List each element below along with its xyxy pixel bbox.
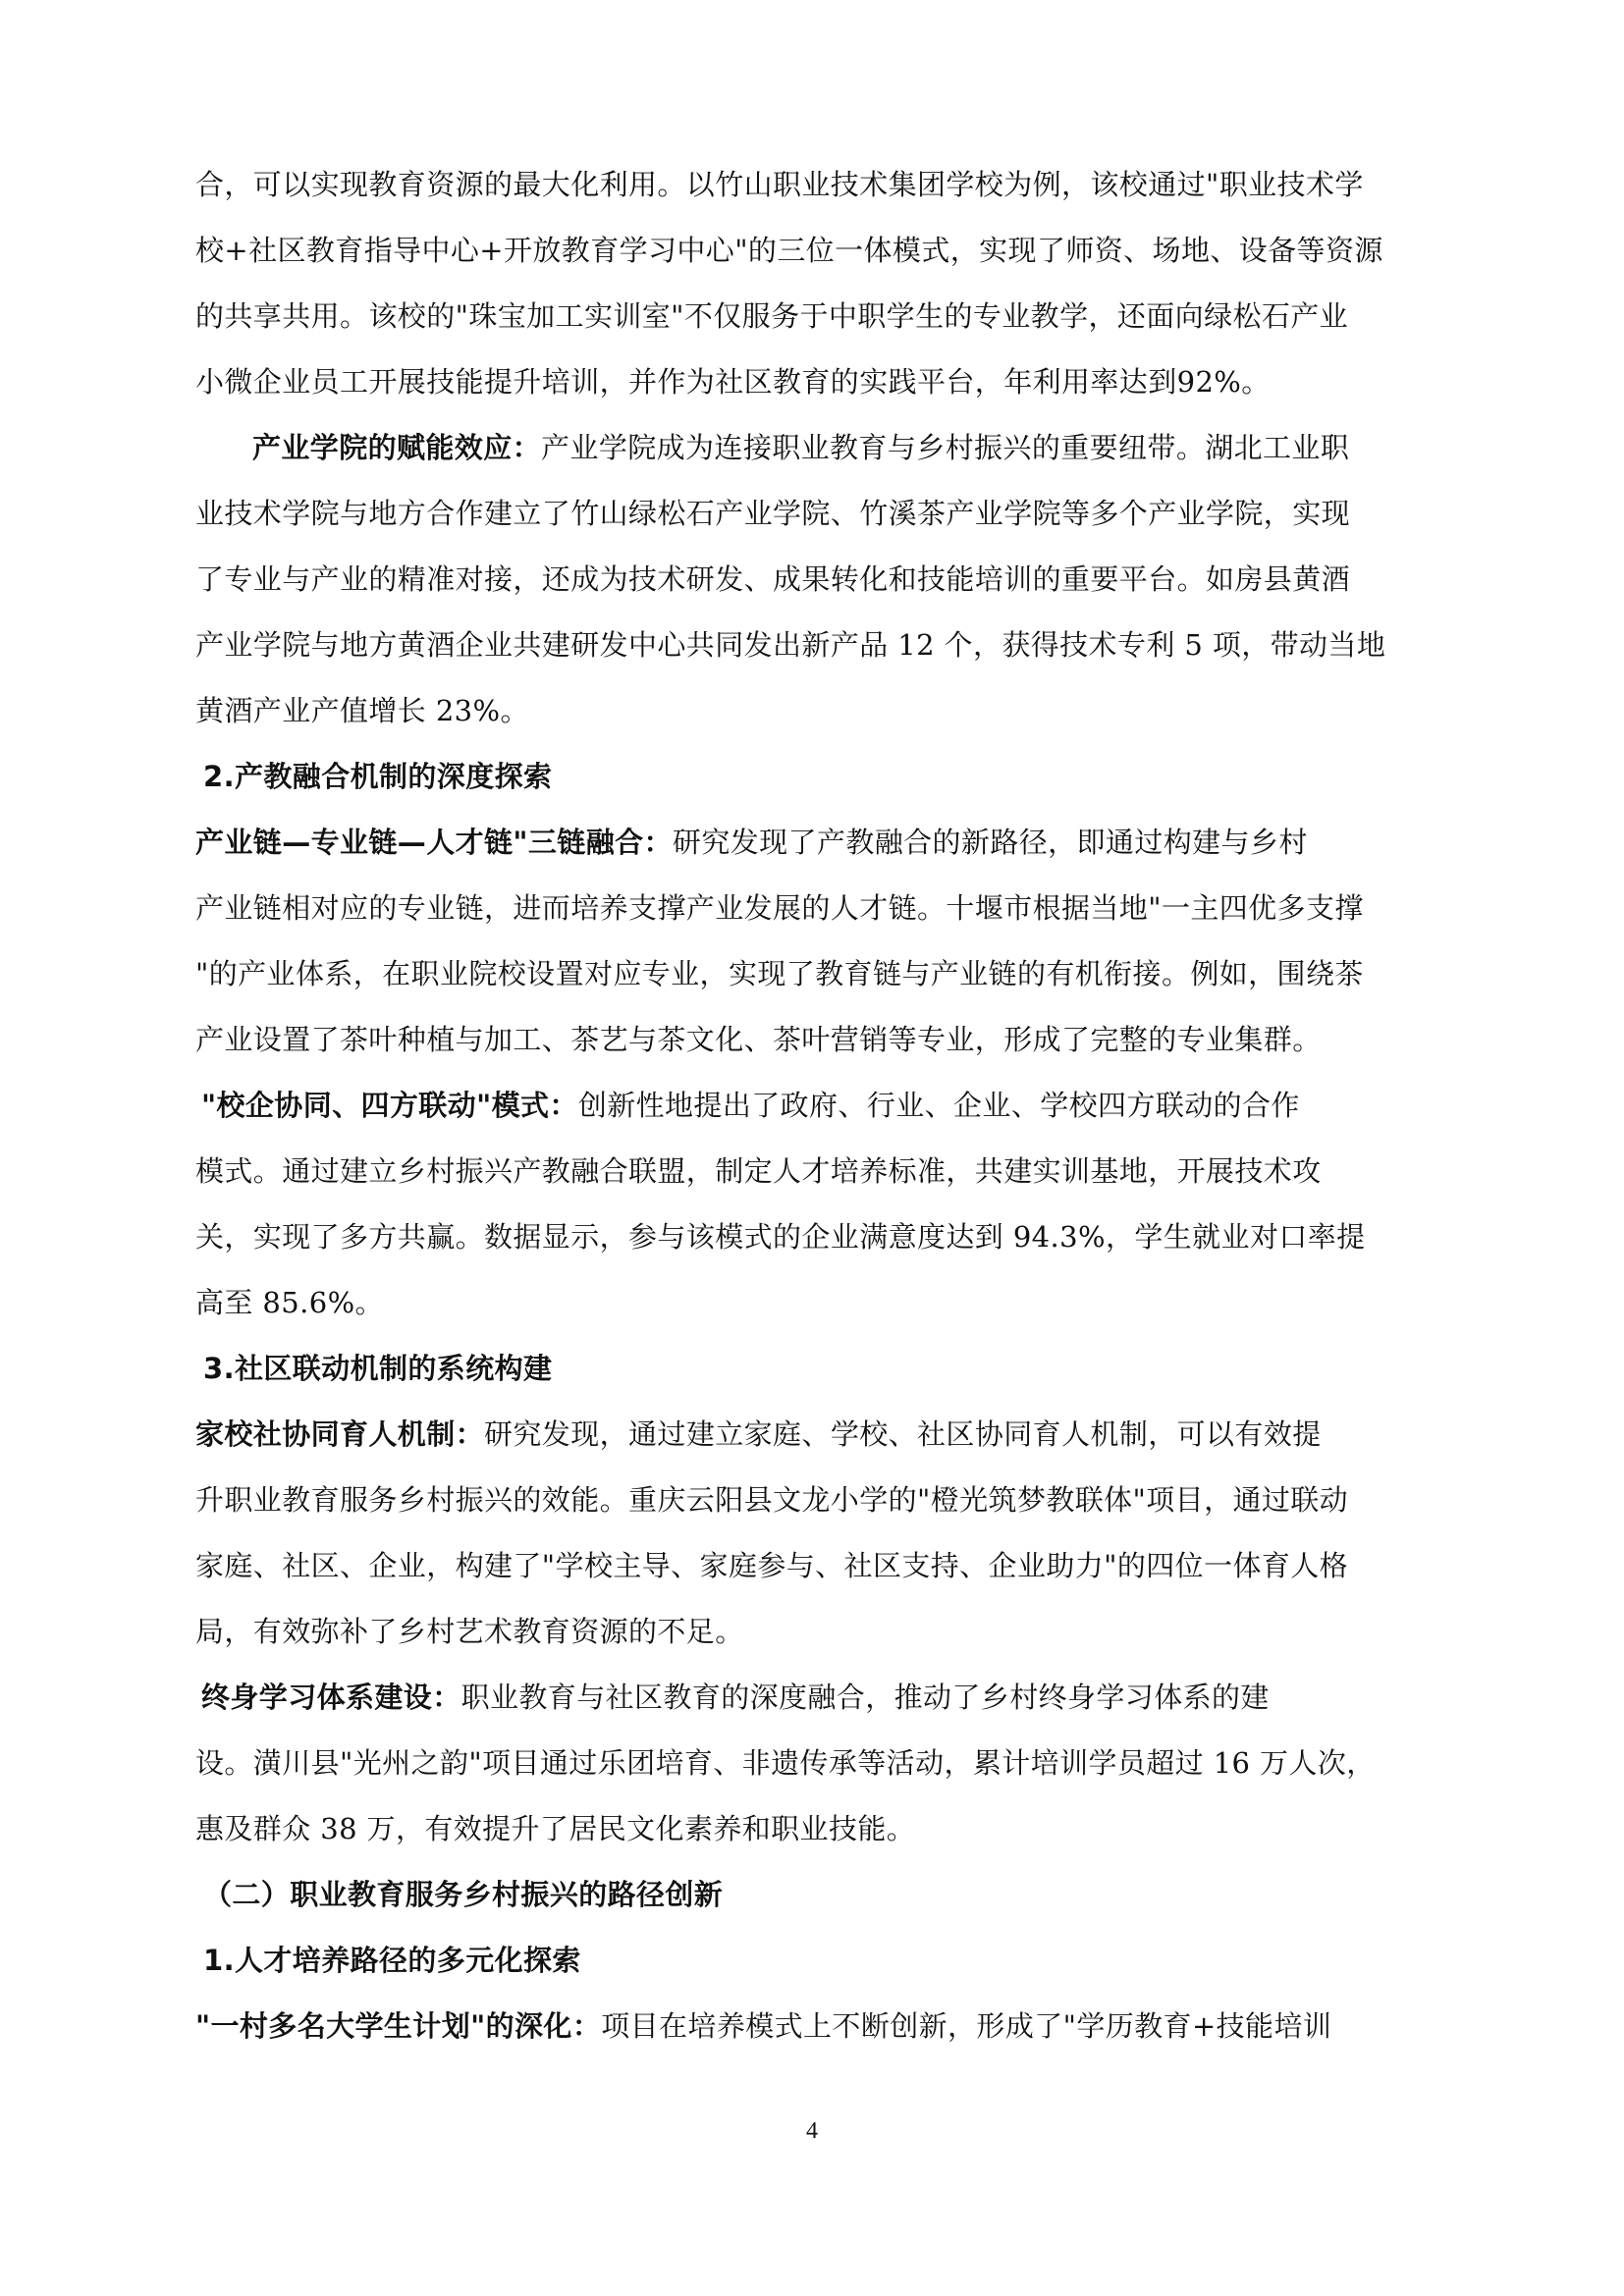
paragraph-lead: 家校社协同育人机制： [195, 1417, 484, 1451]
text-line: 小微企业员工开展技能提升培训，并作为社区教育的实践平台，年利用率达到92%。 [195, 362, 1271, 401]
text-line: 模式。通过建立乡村振兴产教融合联盟，制定人才培养标准，共建实训基地，开展技术攻 [195, 1151, 1322, 1191]
paragraph-lead: 终身学习体系建设： [201, 1681, 461, 1714]
text-span: 研究发现了产教融合的新路径，即通过构建与乡村 [673, 826, 1308, 859]
paragraph-lead: "一村多名大学生计划"的深化： [195, 2009, 601, 2043]
page-number: 4 [0, 2118, 1624, 2145]
text-line: 产业学院与地方黄酒企业共建研发中心共同发出新产品 12 个，获得技术专利 5 项… [195, 625, 1385, 665]
text-span: 项目在培养模式上不断创新，形成了"学历教育+技能培训 [601, 2009, 1331, 2043]
text-span: 研究发现，通过建立家庭、学校、社区协同育人机制，可以有效提 [484, 1417, 1322, 1451]
text-line: 黄酒产业产值增长 23%。 [195, 691, 529, 730]
text-span: 创新性地提出了政府、行业、企业、学校四方联动的合作 [578, 1089, 1300, 1122]
text-line: "的产业体系，在职业院校设置对应专业，实现了教育链与产业链的有机衔接。例如，围绕… [195, 954, 1364, 993]
paragraph-first-line: 产业学院的赋能效应：产业学院成为连接职业教育与乡村振兴的重要纽带。湖北工业职 [252, 428, 1349, 467]
text-line: 家庭、社区、企业，构建了"学校主导、家庭参与、社区支持、企业助力"的四位一体育人… [195, 1546, 1348, 1585]
text-line: 产业链相对应的专业链，进而培养支撑产业发展的人才链。十堰市根据当地"一主四优多支… [195, 888, 1364, 928]
text-line: 合，可以实现教育资源的最大化利用。以竹山职业技术集团学校为例，该校通过"职业技术… [195, 165, 1364, 204]
section-heading: 3.社区联动机制的系统构建 [203, 1349, 552, 1388]
paragraph-first-line: "一村多名大学生计划"的深化：项目在培养模式上不断创新，形成了"学历教育+技能培… [195, 2006, 1331, 2046]
text-line: 关，实现了多方共赢。数据显示，参与该模式的企业满意度达到 94.3%，学生就业对… [195, 1217, 1366, 1256]
paragraph-lead: "校企协同、四方联动"模式： [201, 1089, 578, 1122]
paragraph-lead: 产业学院的赋能效应： [252, 431, 541, 464]
text-line: 业技术学院与地方合作建立了竹山绿松石产业学院、竹溪茶产业学院等多个产业学院，实现 [195, 494, 1350, 533]
paragraph-first-line: 产业链—专业链—人才链"三链融合：研究发现了产教融合的新路径，即通过构建与乡村 [195, 823, 1308, 862]
text-line: 校+社区教育指导中心+开放教育学习中心"的三位一体模式，实现了师资、场地、设备等… [195, 231, 1383, 270]
text-line: 设。潢川县"光州之韵"项目通过乐团培育、非遗传承等活动，累计培训学员超过 16 … [195, 1743, 1376, 1783]
paragraph-first-line: 家校社协同育人机制：研究发现，通过建立家庭、学校、社区协同育人机制，可以有效提 [195, 1415, 1322, 1454]
text-span: 产业学院成为连接职业教育与乡村振兴的重要纽带。湖北工业职 [541, 431, 1349, 464]
text-span: 职业教育与社区教育的深度融合，推动了乡村终身学习体系的建 [461, 1681, 1270, 1714]
section-heading: （二）职业教育服务乡村振兴的路径创新 [203, 1875, 723, 1914]
text-line: 局，有效弥补了乡村艺术教育资源的不足。 [195, 1612, 744, 1651]
text-line: 升职业教育服务乡村振兴的效能。重庆云阳县文龙小学的"橙光筑梦教联体"项目，通过联… [195, 1480, 1348, 1520]
text-line: 了专业与产业的精准对接，还成为技术研发、成果转化和技能培训的重要平台。如房县黄酒 [195, 560, 1350, 599]
text-line: 产业设置了茶叶种植与加工、茶艺与茶文化、茶叶营销等专业，形成了完整的专业集群。 [195, 1020, 1322, 1059]
text-line: 的共享共用。该校的"珠宝加工实训室"不仅服务于中职学生的专业教学，还面向绿松石产… [195, 296, 1348, 336]
text-line: 高至 85.6%。 [195, 1283, 384, 1322]
paragraph-first-line: 终身学习体系建设：职业教育与社区教育的深度融合，推动了乡村终身学习体系的建 [201, 1678, 1270, 1717]
paragraph-first-line: "校企协同、四方联动"模式：创新性地提出了政府、行业、企业、学校四方联动的合作 [201, 1086, 1300, 1125]
text-line: 惠及群众 38 万，有效提升了居民文化素养和职业技能。 [195, 1809, 915, 1848]
section-heading: 2.产教融合机制的深度探索 [203, 757, 552, 796]
section-heading: 1.人才培养路径的多元化探索 [203, 1941, 581, 1980]
paragraph-lead: 产业链—专业链—人才链"三链融合： [195, 826, 673, 859]
